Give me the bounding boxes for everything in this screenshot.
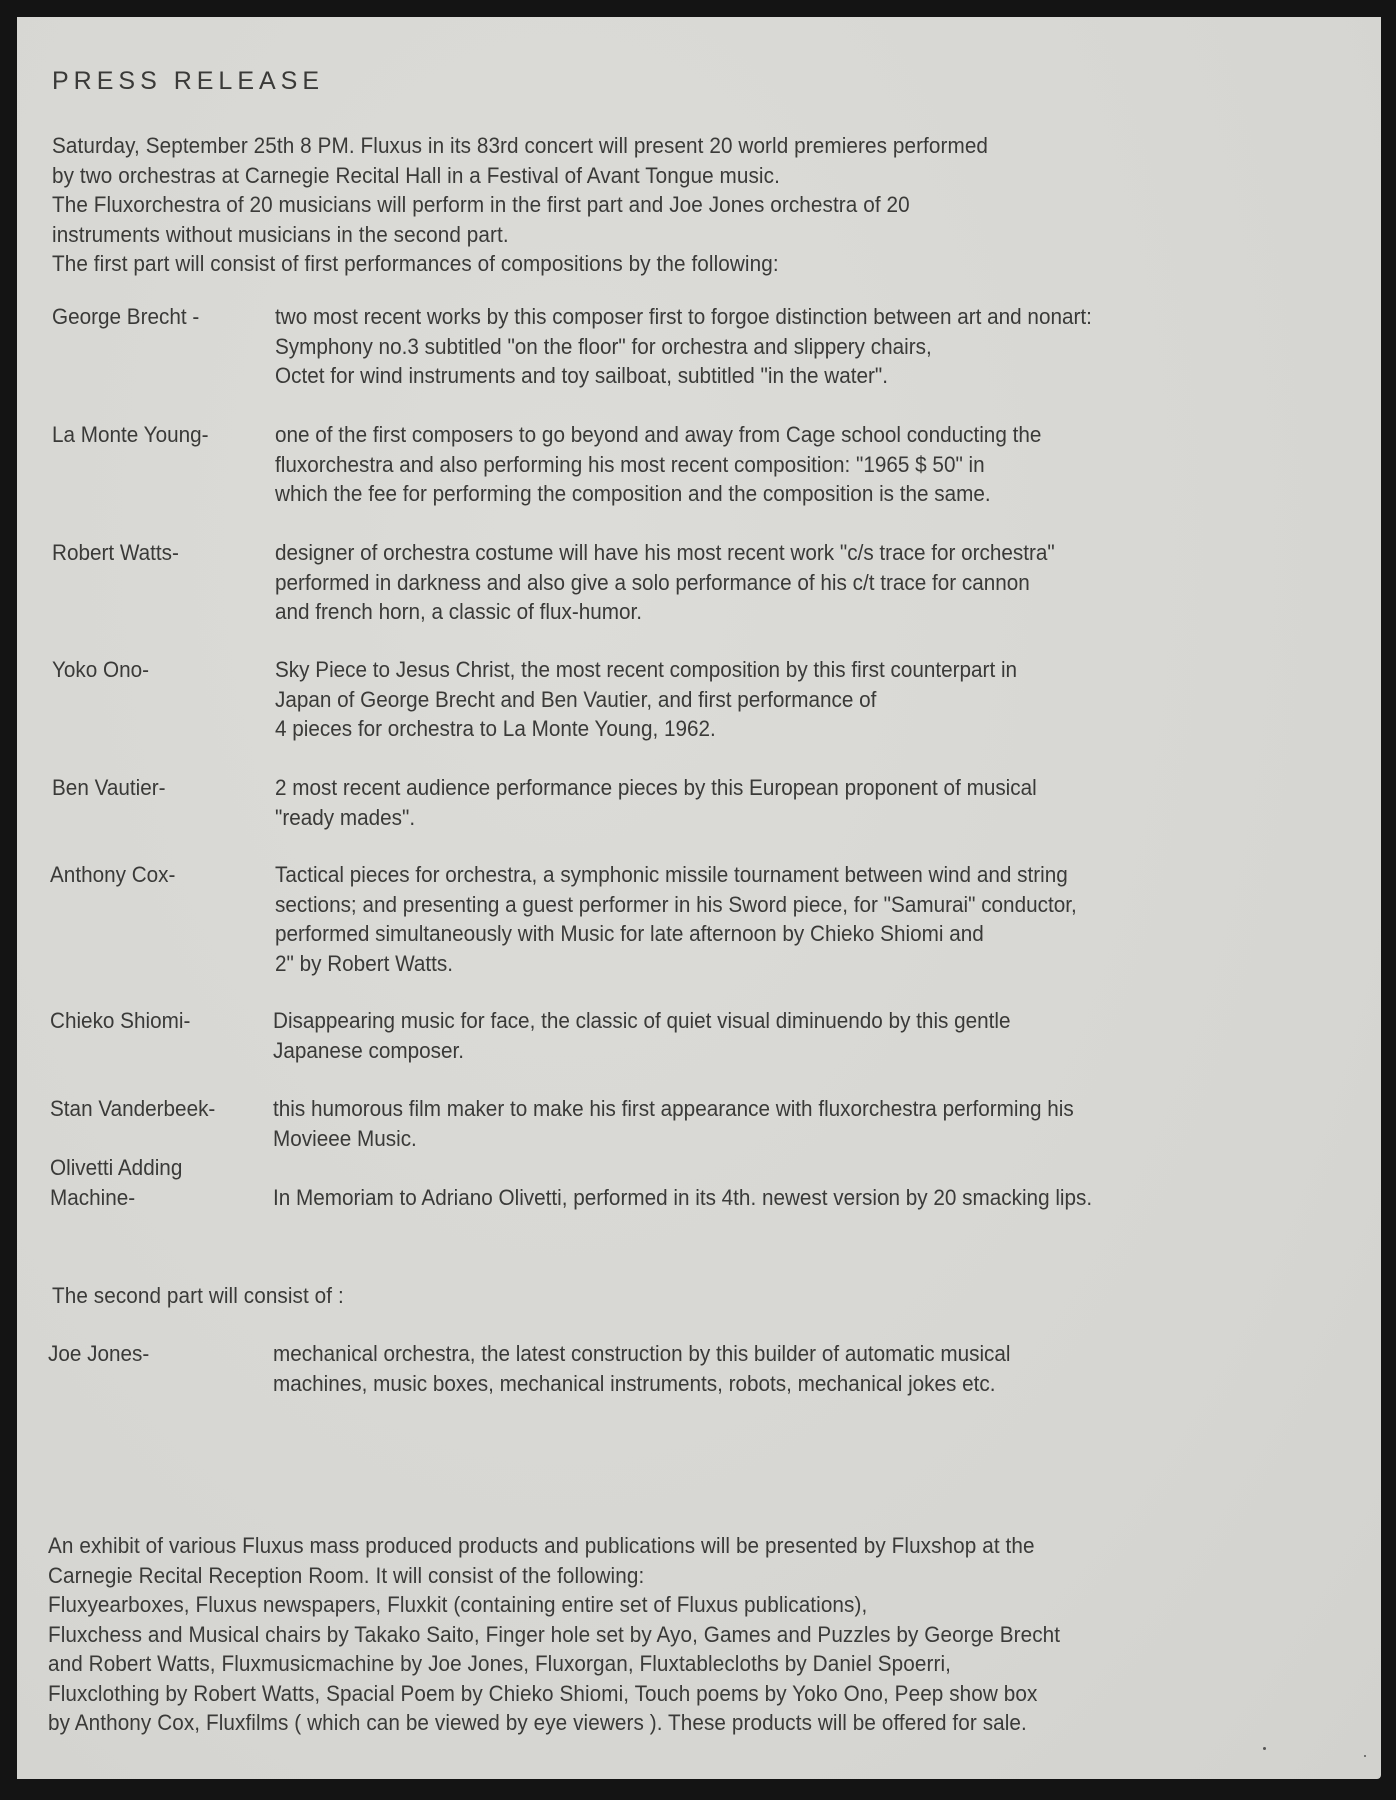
text-line: one of the first composers to go beyond … — [275, 420, 1041, 450]
text-line: George Brecht - — [52, 302, 199, 332]
text-line: two most recent works by this composer f… — [275, 302, 1092, 332]
text-line: In Memoriam to Adriano Olivetti, perform… — [273, 1183, 1092, 1213]
exhibit-paragraph: An exhibit of various Fluxus mass produc… — [48, 1531, 1060, 1738]
composition-description: Tactical pieces for orchestra, a symphon… — [275, 860, 1077, 978]
text-line: machines, music boxes, mechanical instru… — [273, 1369, 1011, 1399]
text-line: Yoko Ono- — [52, 655, 149, 685]
text-line: Machine- — [50, 1183, 182, 1213]
text-line: performed in darkness and also give a so… — [275, 568, 1055, 598]
text-line: Olivetti Adding — [50, 1153, 182, 1183]
composition-description: mechanical orchestra, the latest constru… — [273, 1339, 1011, 1398]
composer-name: Olivetti AddingMachine- — [50, 1153, 182, 1212]
second-part-heading: The second part will consist of : — [52, 1281, 344, 1311]
text-line: La Monte Young- — [52, 420, 209, 450]
paper-speck — [1263, 1747, 1266, 1750]
text-line: Sky Piece to Jesus Christ, the most rece… — [275, 655, 1017, 685]
text-line: Tactical pieces for orchestra, a symphon… — [275, 860, 1077, 890]
text-line: Fluxclothing by Robert Watts, Spacial Po… — [48, 1679, 1060, 1709]
text-line: instruments without musicians in the sec… — [52, 220, 988, 250]
text-line: Fluxyearboxes, Fluxus newspapers, Fluxki… — [48, 1590, 1060, 1620]
text-line: and french horn, a classic of flux-humor… — [275, 597, 1055, 627]
composition-description: one of the first composers to go beyond … — [275, 420, 1041, 509]
composer-name: Stan Vanderbeek- — [50, 1094, 215, 1124]
page-title: PRESS RELEASE — [52, 67, 324, 96]
text-line: Chieko Shiomi- — [50, 1006, 190, 1036]
text-line: this humorous film maker to make his fir… — [273, 1094, 1074, 1124]
composer-name: Yoko Ono- — [52, 655, 149, 685]
text-line: Japan of George Brecht and Ben Vautier, … — [275, 685, 1017, 715]
text-line: 4 pieces for orchestra to La Monte Young… — [275, 714, 1017, 744]
text-line: mechanical orchestra, the latest constru… — [273, 1339, 1011, 1369]
text-line: by Anthony Cox, Fluxfilms ( which can be… — [48, 1708, 1060, 1738]
text-line: sections; and presenting a guest perform… — [275, 890, 1077, 920]
composition-description: this humorous film maker to make his fir… — [273, 1094, 1074, 1153]
text-line: An exhibit of various Fluxus mass produc… — [48, 1531, 1060, 1561]
composition-description: 2 most recent audience performance piece… — [275, 773, 1037, 832]
text-line: "ready mades". — [275, 803, 1037, 833]
text-line: 2" by Robert Watts. — [275, 949, 1077, 979]
text-line: Carnegie Recital Reception Room. It will… — [48, 1561, 1060, 1591]
composer-name: Chieko Shiomi- — [50, 1006, 190, 1036]
text-line: Japanese composer. — [273, 1036, 1011, 1066]
composer-name: Joe Jones- — [48, 1339, 149, 1369]
paper-speck — [1364, 1755, 1366, 1757]
composition-description: two most recent works by this composer f… — [275, 302, 1092, 391]
text-line: by two orchestras at Carnegie Recital Ha… — [52, 161, 988, 191]
composer-name: Robert Watts- — [52, 538, 179, 568]
composition-description: Disappearing music for face, the classic… — [273, 1006, 1011, 1065]
text-line: Robert Watts- — [52, 538, 179, 568]
text-line: and Robert Watts, Fluxmusicmachine by Jo… — [48, 1649, 1060, 1679]
composition-description: In Memoriam to Adriano Olivetti, perform… — [273, 1183, 1092, 1213]
text-line: Fluxchess and Musical chairs by Takako S… — [48, 1620, 1060, 1650]
text-line: designer of orchestra costume will have … — [275, 538, 1055, 568]
composer-name: Anthony Cox- — [50, 860, 175, 890]
text-line: Saturday, September 25th 8 PM. Fluxus in… — [52, 131, 988, 161]
text-line: Movieee Music. — [273, 1124, 1074, 1154]
text-line: Disappearing music for face, the classic… — [273, 1006, 1011, 1036]
text-line: which the fee for performing the composi… — [275, 479, 1041, 509]
text-line: Stan Vanderbeek- — [50, 1094, 215, 1124]
text-line: Symphony no.3 subtitled "on the floor" f… — [275, 332, 1092, 362]
text-line: fluxorchestra and also performing his mo… — [275, 450, 1041, 480]
text-line: 2 most recent audience performance piece… — [275, 773, 1037, 803]
text-line: Joe Jones- — [48, 1339, 149, 1369]
composer-name: Ben Vautier- — [52, 773, 166, 803]
text-line: The first part will consist of first per… — [52, 249, 988, 279]
composition-description: Sky Piece to Jesus Christ, the most rece… — [275, 655, 1017, 744]
composer-name: La Monte Young- — [52, 420, 209, 450]
text-line: Octet for wind instruments and toy sailb… — [275, 361, 1092, 391]
composer-name: George Brecht - — [52, 302, 199, 332]
text-line: Ben Vautier- — [52, 773, 166, 803]
text-line: The Fluxorchestra of 20 musicians will p… — [52, 190, 988, 220]
intro-paragraph: Saturday, September 25th 8 PM. Fluxus in… — [52, 131, 988, 279]
composition-description: designer of orchestra costume will have … — [275, 538, 1055, 627]
text-line: Anthony Cox- — [50, 860, 175, 890]
text-line: performed simultaneously with Music for … — [275, 919, 1077, 949]
